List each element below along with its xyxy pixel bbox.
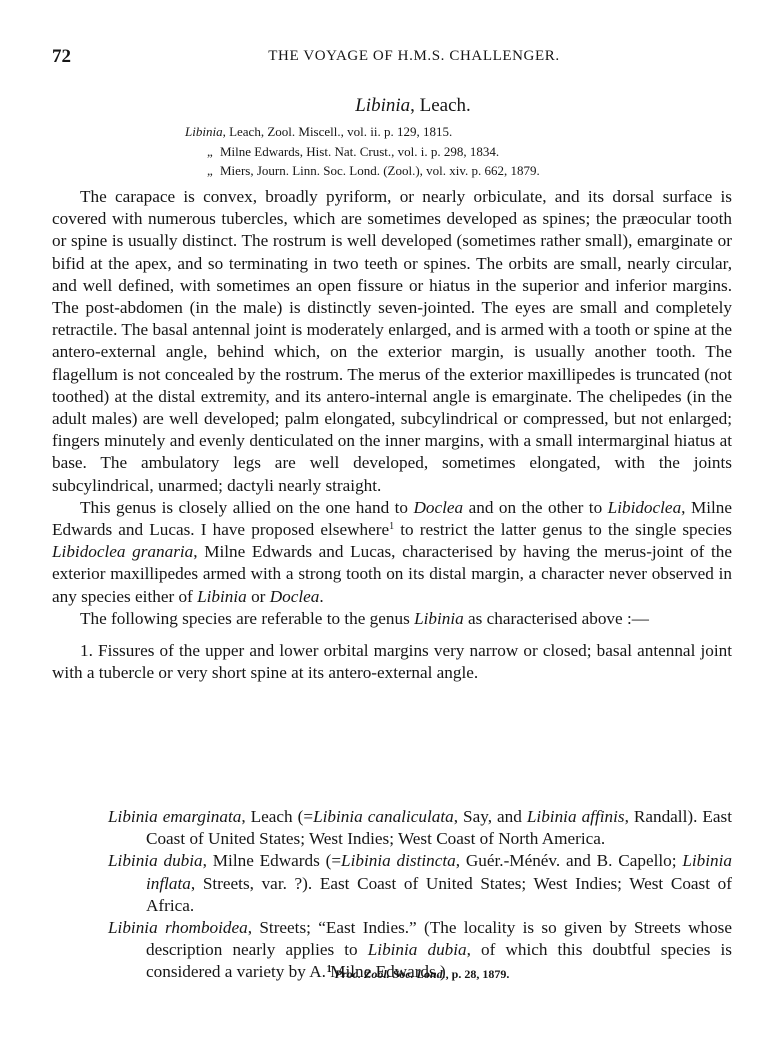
species-entry: Libinia dubia, Milne Edwards (=Libinia d… — [146, 850, 732, 917]
text-run: The following species are referable to t… — [80, 609, 414, 628]
genus-heading: Libinia, Leach. — [0, 95, 776, 117]
taxon-name: Libinia affinis — [527, 807, 625, 826]
text-run: , Milne Edwards (= — [203, 851, 341, 870]
species-list: Libinia emarginata, Leach (=Libinia cana… — [108, 806, 732, 984]
taxon-name: Libinia canaliculata — [313, 807, 454, 826]
taxon-name: Libidoclea granaria — [52, 542, 193, 561]
synonymy-line: „Milne Edwards, Hist. Nat. Crust., vol. … — [185, 144, 499, 160]
taxon-name: Doclea — [270, 587, 320, 606]
paragraph-carapace: The carapace is convex, broadly pyriform… — [52, 186, 732, 497]
text-run: to restrict the latter genus to the sing… — [394, 520, 732, 539]
footnote-source: Proc. Zool. Soc. Lond. — [335, 967, 446, 981]
text-run: , Streets, var. ?). East Coast of United… — [146, 874, 732, 915]
taxon-name: Libinia — [414, 609, 464, 628]
synonymy-line: „Miers, Journ. Linn. Soc. Lond. (Zool.),… — [185, 163, 540, 179]
text-run: , Say, and — [454, 807, 527, 826]
page-header: 72 THE VOYAGE OF H.M.S. CHALLENGER. — [52, 46, 736, 70]
ditto-mark: „ — [185, 163, 220, 179]
text-run: or — [247, 587, 270, 606]
taxon-name: Libinia — [197, 587, 247, 606]
taxon-name: Doclea — [413, 498, 463, 517]
synonym-reference: Milne Edwards, Hist. Nat. Crust., vol. i… — [220, 144, 499, 159]
footnote-citation: , p. 28, 1879. — [446, 967, 510, 981]
taxon-name: Libinia distincta — [341, 851, 456, 870]
paragraph-affinities: This genus is closely allied on the one … — [52, 497, 732, 608]
species-name: Libinia rhomboidea — [108, 918, 248, 937]
taxon-name: Libidoclea — [608, 498, 682, 517]
synonymy-line: Libinia, Leach, Zool. Miscell., vol. ii.… — [185, 124, 452, 140]
species-entry: Libinia emarginata, Leach (=Libinia cana… — [146, 806, 732, 850]
genus-author: , Leach. — [410, 95, 471, 116]
text-run: , Leach (= — [241, 807, 313, 826]
taxon-name: Libinia dubia — [368, 940, 467, 959]
footnote: 1 Proc. Zool. Soc. Lond., p. 28, 1879. — [0, 967, 776, 982]
genus-name: Libinia — [355, 95, 410, 116]
ditto-mark: „ — [185, 144, 220, 160]
document-page: 72 THE VOYAGE OF H.M.S. CHALLENGER. Libi… — [0, 0, 776, 1050]
running-title: THE VOYAGE OF H.M.S. CHALLENGER. — [52, 48, 736, 65]
synonym-reference: , Leach, Zool. Miscell., vol. ii. p. 129… — [223, 124, 453, 139]
species-name: Libinia dubia — [108, 851, 203, 870]
synonym-genus: Libinia — [185, 124, 223, 139]
text-run: . — [319, 587, 323, 606]
synonym-reference: Miers, Journ. Linn. Soc. Lond. (Zool.), … — [220, 163, 540, 178]
text-run: This genus is closely allied on the one … — [80, 498, 413, 517]
paragraph-species-intro: The following species are referable to t… — [52, 608, 732, 630]
species-name: Libinia emarginata — [108, 807, 241, 826]
text-run: and on the other to — [463, 498, 608, 517]
text-run: , Guér.-Ménév. and B. Capello; — [456, 851, 683, 870]
text-run: as characterised above :— — [464, 609, 649, 628]
footnote-mark: 1 — [327, 964, 332, 975]
genus-description: The carapace is convex, broadly pyriform… — [52, 186, 732, 684]
paragraph-section-1: 1. Fissures of the upper and lower orbit… — [52, 640, 732, 684]
